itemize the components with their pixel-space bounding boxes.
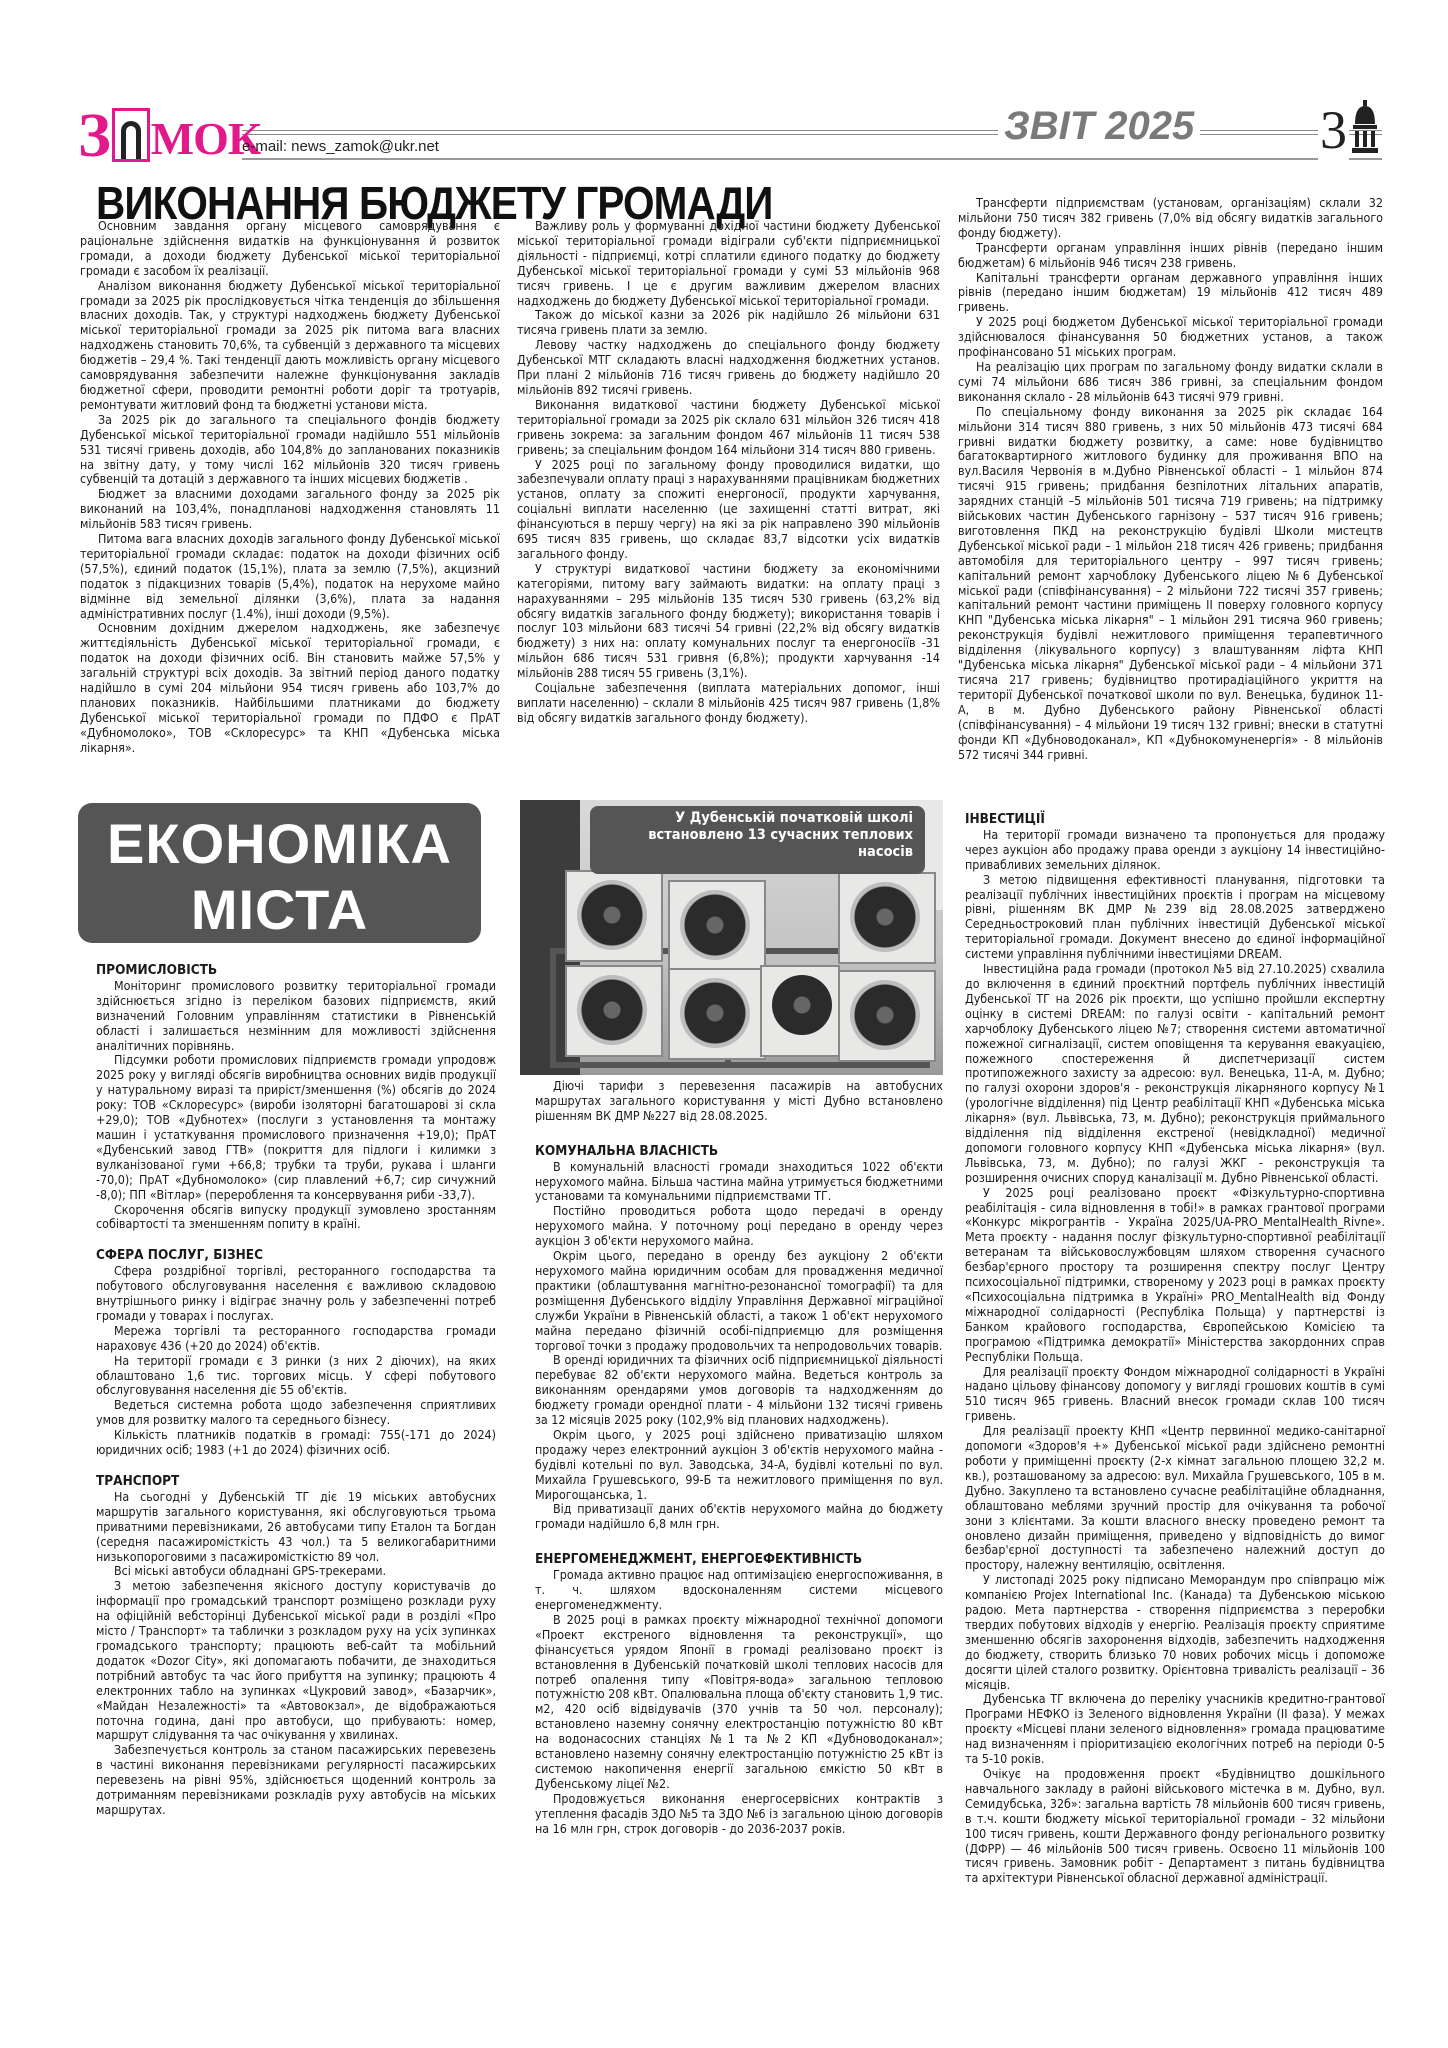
paragraph: Основним завдання органу місцевого самов… xyxy=(80,219,500,279)
paragraph: Продовжується виконання енергосервісних … xyxy=(535,1792,943,1837)
banner-line: МІСТА xyxy=(78,877,481,943)
section-heading: КОМУНАЛЬНА ВЛАСНІСТЬ xyxy=(535,1144,943,1159)
contact-email: e-mail: news_zamok@ukr.net xyxy=(242,138,439,155)
masthead-rule xyxy=(242,134,1382,135)
paragraph: Сфера роздрібної торгівлі, ресторанного … xyxy=(96,1264,496,1324)
paragraph: Окрім цього, передано в оренду без аукці… xyxy=(535,1249,943,1353)
paragraph: В оренді юридичних та фізичних осіб підп… xyxy=(535,1353,943,1428)
paragraph: Постійно проводиться робота щодо передач… xyxy=(535,1204,943,1249)
logo-letter: З xyxy=(78,106,111,166)
economy-column-3: ІНВЕСТИЦІЇ На території громади визначен… xyxy=(965,812,1385,1886)
section-heading: ІНВЕСТИЦІЇ xyxy=(965,812,1385,827)
budget-column-1: Основним завдання органу місцевого самов… xyxy=(80,219,500,756)
paragraph: Дубенська ТГ включена до переліку учасни… xyxy=(965,1692,1385,1767)
paragraph: Громада активно працює над оптимізацією … xyxy=(535,1568,943,1613)
paragraph: У листопаді 2025 року підписано Меморанд… xyxy=(965,1573,1385,1692)
heat-pump-unit xyxy=(668,968,766,1060)
paragraph: На території громади є 3 ринки (з них 2 … xyxy=(96,1354,496,1399)
paragraph: Всі міські автобуси обладнані GPS-трекер… xyxy=(96,1564,496,1579)
heat-pump-unit xyxy=(838,970,936,1062)
paragraph: Аналізом виконання бюджету Дубенської мі… xyxy=(80,279,500,413)
paragraph: З метою забезпечення якісного доступу ко… xyxy=(96,1579,496,1743)
paragraph: Очікує на продовження проєкт «Будівництв… xyxy=(965,1767,1385,1886)
paragraph: У 2025 році реалізовано проєкт «Фізкульт… xyxy=(965,1186,1385,1365)
paragraph: У структурі видаткової частини бюджету з… xyxy=(517,562,940,681)
paragraph: На території громади визначено та пропон… xyxy=(965,828,1385,873)
budget-column-2: Важливу роль у формуванні дохідної части… xyxy=(517,219,940,726)
paragraph: Трансферти підприємствам (установам, орг… xyxy=(958,196,1383,241)
paragraph: На сьогодні у Дубенській ТГ діє 19 міськ… xyxy=(96,1490,496,1565)
heat-pump-unit xyxy=(760,965,840,1057)
paragraph: Важливу роль у формуванні дохідної части… xyxy=(517,219,940,308)
paragraph: Основним дохідним джерелом надходжень, я… xyxy=(80,621,500,755)
paragraph: Трансферти органам управління інших рівн… xyxy=(958,241,1383,271)
paragraph: Забезпечується контроль за станом пасажи… xyxy=(96,1743,496,1818)
paragraph: В 2025 році в рамках проєкту міжнародної… xyxy=(535,1613,943,1792)
section-banner-economy: ЕКОНОМІКА МІСТА xyxy=(78,803,481,943)
paragraph: З метою підвищення ефективності плануван… xyxy=(965,873,1385,962)
section-label: ЗВІТ 2025 xyxy=(998,104,1200,149)
paragraph: У 2025 році по загальному фонду проводил… xyxy=(517,458,940,562)
paragraph: Також до міської казни за 2026 рік надій… xyxy=(517,308,940,338)
paragraph: Питома вага власних доходів загального ф… xyxy=(80,532,500,621)
heat-pump-unit xyxy=(565,870,663,962)
page-number: 3 xyxy=(1318,100,1349,160)
paragraph: Для реалізації проекту КНП «Центр первин… xyxy=(965,1424,1385,1573)
paragraph: Окрім цього, у 2025 році здійснено прива… xyxy=(535,1428,943,1503)
paragraph: Левову частку надходжень до спеціального… xyxy=(517,338,940,398)
section-heading: ПРОМИСЛОВІСТЬ xyxy=(96,963,496,978)
economy-column-1: ПРОМИСЛОВІСТЬ Моніторинг промислового ро… xyxy=(96,963,496,1818)
paragraph: Капітальні трансферти органам державного… xyxy=(958,271,1383,316)
section-heading: ЕНЕРГОМЕНЕДЖМЕНТ, ЕНЕРГОЕФЕКТИВНІСТЬ xyxy=(535,1552,943,1567)
newspaper-logo: З МОК xyxy=(78,100,260,166)
paragraph: Виконання видаткової частини бюджету Дуб… xyxy=(517,398,940,458)
paragraph: На реалізацію цих програм по загальному … xyxy=(958,360,1383,405)
paragraph: Від приватизації даних об'єктів нерухомо… xyxy=(535,1502,943,1532)
paragraph: Ведеться системна робота щодо забезпечен… xyxy=(96,1398,496,1428)
paragraph: В комунальній власності громади знаходит… xyxy=(535,1160,943,1205)
paragraph: Соціальне забезпечення (виплата матеріал… xyxy=(517,681,940,726)
section-heading: СФЕРА ПОСЛУГ, БІЗНЕС xyxy=(96,1248,496,1263)
castle-dome-icon xyxy=(1352,100,1378,154)
budget-column-3: Трансферти підприємствам (установам, орг… xyxy=(958,196,1383,762)
paragraph: Для реалізації проєкту Фондом міжнародно… xyxy=(965,1365,1385,1425)
tariffs-note: Діючі тарифи з перевезення пасажирів на … xyxy=(535,1079,943,1124)
banner-line: ЕКОНОМІКА xyxy=(78,811,481,877)
paragraph: По спеціальному фонду виконання за 2025 … xyxy=(958,405,1383,763)
paragraph: Мережа торгівлі та ресторанного господар… xyxy=(96,1324,496,1354)
paragraph: Кількість платників податків в громаді: … xyxy=(96,1428,496,1458)
masthead-rule xyxy=(242,130,1382,131)
heat-pump-unit xyxy=(838,872,936,964)
paragraph: За 2025 рік до загального та спеціальног… xyxy=(80,413,500,488)
economy-column-2: Діючі тарифи з перевезення пасажирів на … xyxy=(535,1079,943,1837)
heat-pump-unit xyxy=(565,965,663,1057)
heat-pump-unit xyxy=(668,880,766,972)
paragraph: Бюджет за власними доходами загального ф… xyxy=(80,487,500,532)
section-heading: ТРАНСПОРТ xyxy=(96,1474,496,1489)
photo-caption-overlay: У Дубенській початковій школі встановлен… xyxy=(590,806,925,874)
castle-gate-icon xyxy=(112,108,150,162)
paragraph: Підсумки роботи промислових підприємств … xyxy=(96,1053,496,1202)
masthead-rule xyxy=(242,158,1382,160)
paragraph: Скорочення обсягів випуску продукції зум… xyxy=(96,1203,496,1233)
paragraph: Інвестиційна рада громади (протокол №5 в… xyxy=(965,962,1385,1186)
paragraph: У 2025 році бюджетом Дубенської міської … xyxy=(958,315,1383,360)
paragraph: Моніторинг промислового розвитку територ… xyxy=(96,979,496,1054)
